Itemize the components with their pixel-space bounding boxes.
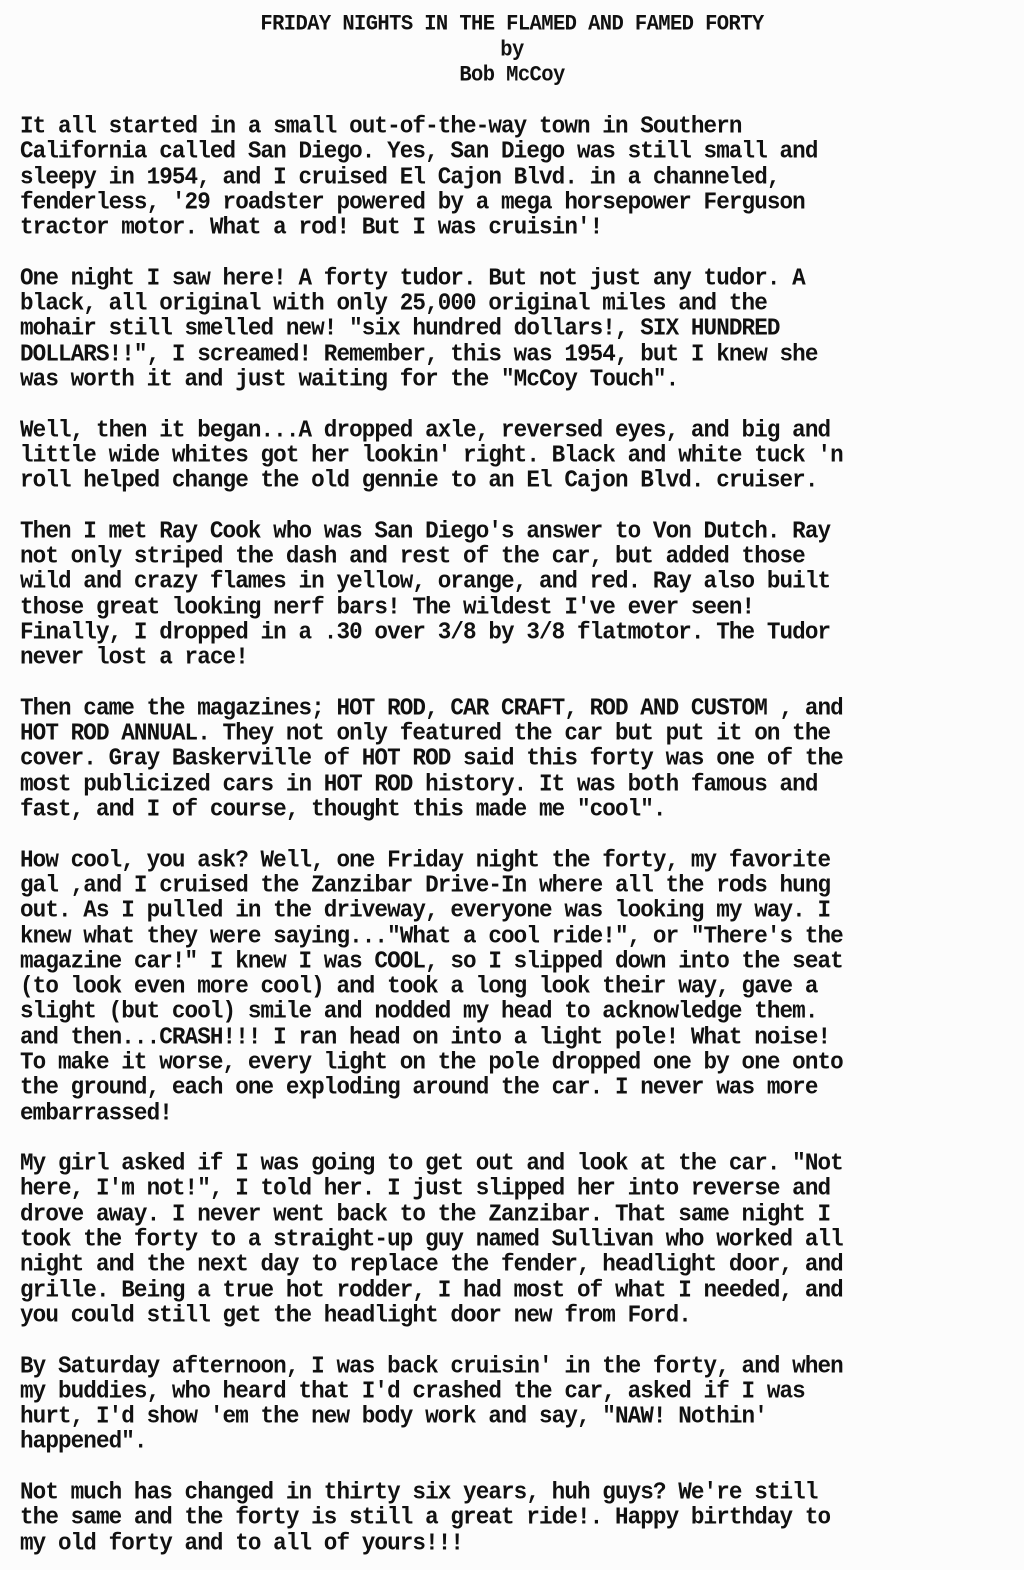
text-line: the ground, each one exploding around th… [20, 1075, 1010, 1102]
paragraph-gap [20, 671, 1010, 696]
text-line: Finally, I dropped in a .30 over 3/8 by … [20, 619, 1010, 646]
paragraph: Well, then it began...A dropped axle, re… [20, 418, 1010, 494]
document-page: FRIDAY NIGHTS IN THE FLAMED AND FAMED FO… [0, 0, 1024, 1570]
text-line: Not much has changed in thirty six years… [20, 1479, 1010, 1506]
text-line: embarrassed! [20, 1100, 1010, 1127]
text-line: To make it worse, every light on the pol… [20, 1049, 1010, 1076]
paragraph: Not much has changed in thirty six years… [20, 1480, 1010, 1556]
text-line: Then I met Ray Cook who was San Diego's … [20, 518, 1010, 545]
text-line: California called San Diego. Yes, San Di… [20, 139, 1010, 166]
paragraph-gap [20, 822, 1010, 847]
text-line: fast, and I of course, thought this made… [20, 796, 1010, 823]
text-line: out. As I pulled in the driveway, everyo… [20, 897, 1010, 924]
text-line: was worth it and just waiting for the "M… [20, 366, 1010, 393]
text-line: my buddies, who heard that I'd crashed t… [20, 1378, 1010, 1405]
text-line: night and the next day to replace the fe… [20, 1252, 1010, 1279]
text-line: tractor motor. What a rod! But I was cru… [20, 214, 1010, 241]
text-line: grille. Being a true hot rodder, I had m… [20, 1277, 1010, 1304]
text-line: happened". [20, 1429, 1010, 1456]
text-line: knew what they were saying..."What a coo… [20, 923, 1010, 950]
text-line: here, I'm not!", I told her. I just slip… [20, 1176, 1010, 1203]
text-line: Well, then it began...A dropped axle, re… [20, 417, 1010, 444]
text-line: fenderless, '29 roadster powered by a me… [20, 189, 1010, 216]
text-line: By Saturday afternoon, I was back cruisi… [20, 1353, 1010, 1380]
paragraph: How cool, you ask? Well, one Friday nigh… [20, 848, 1010, 1126]
text-line: never lost a race! [20, 644, 1010, 671]
text-line: those great looking nerf bars! The wilde… [20, 594, 1010, 621]
text-line: hurt, I'd show 'em the new body work and… [20, 1403, 1010, 1430]
paragraph-gap [20, 1455, 1010, 1480]
text-line: black, all original with only 25,000 ori… [20, 290, 1010, 317]
text-line: took the forty to a straight-up guy name… [20, 1226, 1010, 1253]
paragraph-gap [20, 493, 1010, 518]
text-line: wild and crazy flames in yellow, orange,… [20, 569, 1010, 596]
text-line: roll helped change the old gennie to an … [20, 467, 1010, 494]
text-line: One night I saw here! A forty tudor. But… [20, 265, 1010, 292]
paragraph-gap [20, 1328, 1010, 1353]
text-line: DOLLARS!!", I screamed! Remember, this w… [20, 341, 1010, 368]
text-line: sleepy in 1954, and I cruised El Cajon B… [20, 164, 1010, 191]
paragraph-gap [20, 1126, 1010, 1151]
text-line: little wide whites got her lookin' right… [20, 442, 1010, 469]
paragraph: It all started in a small out-of-the-way… [20, 114, 1010, 240]
text-line: gal ,and I cruised the Zanzibar Drive-In… [20, 872, 1010, 899]
text-line: the same and the forty is still a great … [20, 1505, 1010, 1532]
text-line: slight (but cool) smile and nodded my he… [20, 999, 1010, 1026]
text-line: cover. Gray Baskerville of HOT ROD said … [20, 746, 1010, 773]
text-line: HOT ROD ANNUAL. They not only featured t… [20, 720, 1010, 747]
document-title: FRIDAY NIGHTS IN THE FLAMED AND FAMED FO… [0, 11, 1024, 39]
text-line: It all started in a small out-of-the-way… [20, 113, 1010, 140]
document-body: It all started in a small out-of-the-way… [20, 114, 1010, 1556]
paragraph: Then I met Ray Cook who was San Diego's … [20, 519, 1010, 671]
text-line: you could still get the headlight door n… [20, 1302, 1010, 1329]
text-line: How cool, you ask? Well, one Friday nigh… [20, 847, 1010, 874]
text-line: most publicized cars in HOT ROD history.… [20, 771, 1010, 798]
document-byline: by [0, 36, 1024, 64]
paragraph: My girl asked if I was going to get out … [20, 1151, 1010, 1328]
text-line: my old forty and to all of yours!!! [20, 1530, 1010, 1557]
text-line: Then came the magazines; HOT ROD, CAR CR… [20, 695, 1010, 722]
paragraph: Then came the magazines; HOT ROD, CAR CR… [20, 696, 1010, 822]
text-line: magazine car!" I knew I was COOL, so I s… [20, 948, 1010, 975]
paragraph-gap [20, 392, 1010, 417]
text-line: mohair still smelled new! "six hundred d… [20, 316, 1010, 343]
document-header: FRIDAY NIGHTS IN THE FLAMED AND FAMED FO… [0, 12, 1024, 89]
paragraph-gap [20, 240, 1010, 265]
paragraph: One night I saw here! A forty tudor. But… [20, 266, 1010, 392]
text-line: not only striped the dash and rest of th… [20, 543, 1010, 570]
text-line: (to look even more cool) and took a long… [20, 973, 1010, 1000]
text-line: and then...CRASH!!! I ran head on into a… [20, 1024, 1010, 1051]
text-line: drove away. I never went back to the Zan… [20, 1201, 1010, 1228]
document-author: Bob McCoy [0, 62, 1024, 90]
paragraph: By Saturday afternoon, I was back cruisi… [20, 1354, 1010, 1455]
